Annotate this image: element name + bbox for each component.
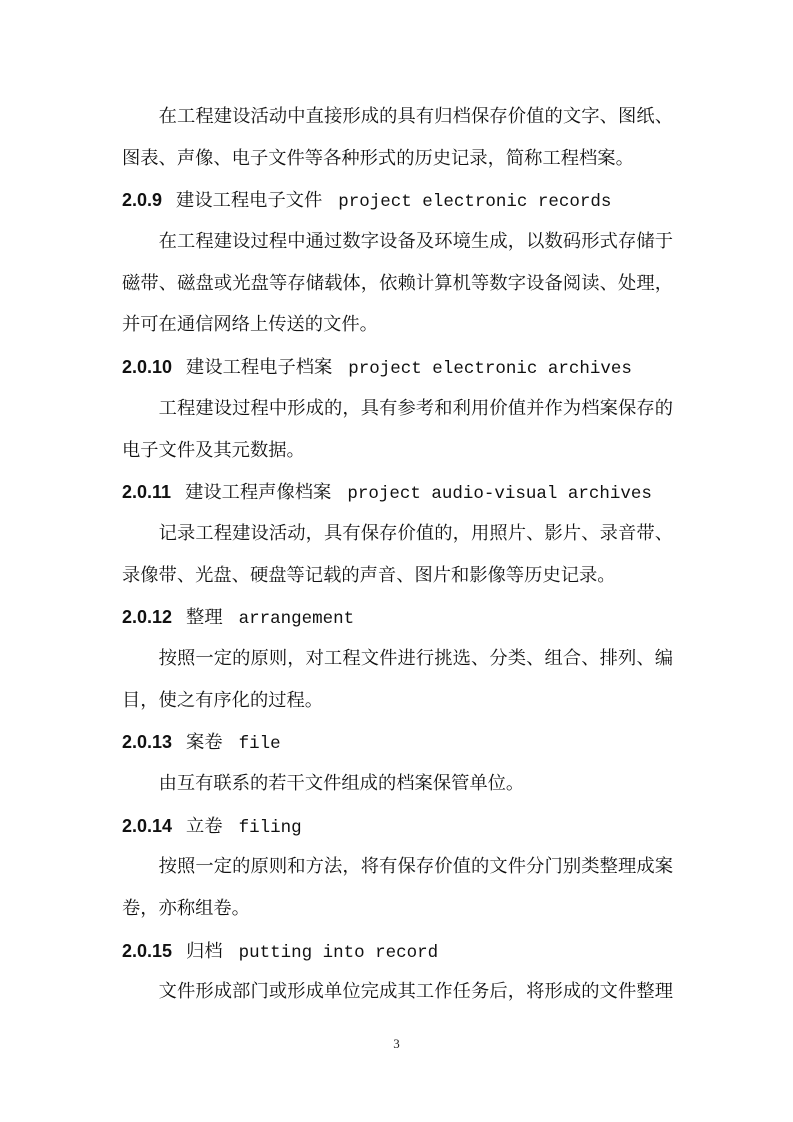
term-english: arrangement bbox=[239, 609, 355, 629]
term-number: 2.0.14 bbox=[122, 816, 172, 836]
definition-line: 录像带、光盘、硬盘等记载的声音、图片和影像等历史记录。 bbox=[122, 561, 673, 603]
definition-line: 工程建设过程中形成的，具有参考和利用价值并作为档案保存的 bbox=[122, 394, 673, 436]
definition-line: 磁带、磁盘或光盘等存储载体，依赖计算机等数字设备阅读、处理， bbox=[122, 269, 673, 311]
definition-line: 并可在通信网络上传送的文件。 bbox=[122, 310, 673, 352]
definition-line: 在工程建设过程中通过数字设备及环境生成，以数码形式存储于 bbox=[122, 227, 673, 269]
definition-line: 电子文件及其元数据。 bbox=[122, 436, 673, 478]
document-page: 在工程建设活动中直接形成的具有归档保存价值的文字、图纸、 图表、声像、电子文件等… bbox=[122, 102, 673, 1019]
term-heading: 2.0.9建设工程电子文件project electronic records bbox=[122, 185, 673, 227]
definition-line: 由互有联系的若干文件组成的档案保管单位。 bbox=[122, 769, 673, 811]
term-heading: 2.0.15归档putting into record bbox=[122, 936, 673, 978]
definition-line: 卷，亦称组卷。 bbox=[122, 894, 673, 936]
page-number: 3 bbox=[0, 1036, 793, 1052]
term-number: 2.0.12 bbox=[122, 607, 172, 627]
definition-line: 图表、声像、电子文件等各种形式的历史记录，简称工程档案。 bbox=[122, 144, 673, 186]
definition-line: 文件形成部门或形成单位完成其工作任务后，将形成的文件整理 bbox=[122, 977, 673, 1019]
term-english: project electronic records bbox=[338, 192, 611, 212]
term-heading: 2.0.12整理arrangement bbox=[122, 602, 673, 644]
term-english: project electronic archives bbox=[348, 359, 632, 379]
definition-line: 按照一定的原则和方法，将有保存价值的文件分门别类整理成案 bbox=[122, 852, 673, 894]
term-english: filing bbox=[239, 818, 302, 838]
term-chinese: 整理 bbox=[186, 607, 223, 628]
term-english: putting into record bbox=[239, 943, 439, 963]
definition-line: 按照一定的原则，对工程文件进行挑选、分类、组合、排列、编 bbox=[122, 644, 673, 686]
term-chinese: 建设工程声像档案 bbox=[185, 482, 331, 503]
term-english: project audio-visual archives bbox=[347, 484, 652, 504]
term-heading: 2.0.11建设工程声像档案project audio-visual archi… bbox=[122, 477, 673, 519]
term-heading: 2.0.10建设工程电子档案project electronic archive… bbox=[122, 352, 673, 394]
term-number: 2.0.13 bbox=[122, 732, 172, 752]
term-chinese: 案卷 bbox=[186, 732, 223, 753]
term-chinese: 建设工程电子档案 bbox=[186, 357, 332, 378]
term-number: 2.0.9 bbox=[122, 190, 162, 210]
definition-line: 在工程建设活动中直接形成的具有归档保存价值的文字、图纸、 bbox=[122, 102, 673, 144]
term-number: 2.0.10 bbox=[122, 357, 172, 377]
term-heading: 2.0.14立卷filing bbox=[122, 811, 673, 853]
term-number: 2.0.15 bbox=[122, 941, 172, 961]
term-english: file bbox=[239, 734, 281, 754]
definition-line: 记录工程建设活动，具有保存价值的，用照片、影片、录音带、 bbox=[122, 519, 673, 561]
term-chinese: 归档 bbox=[186, 941, 223, 962]
term-heading: 2.0.13案卷file bbox=[122, 727, 673, 769]
term-chinese: 立卷 bbox=[186, 816, 223, 837]
term-chinese: 建设工程电子文件 bbox=[176, 190, 322, 211]
definition-line: 目，使之有序化的过程。 bbox=[122, 686, 673, 728]
term-number: 2.0.11 bbox=[122, 482, 171, 502]
